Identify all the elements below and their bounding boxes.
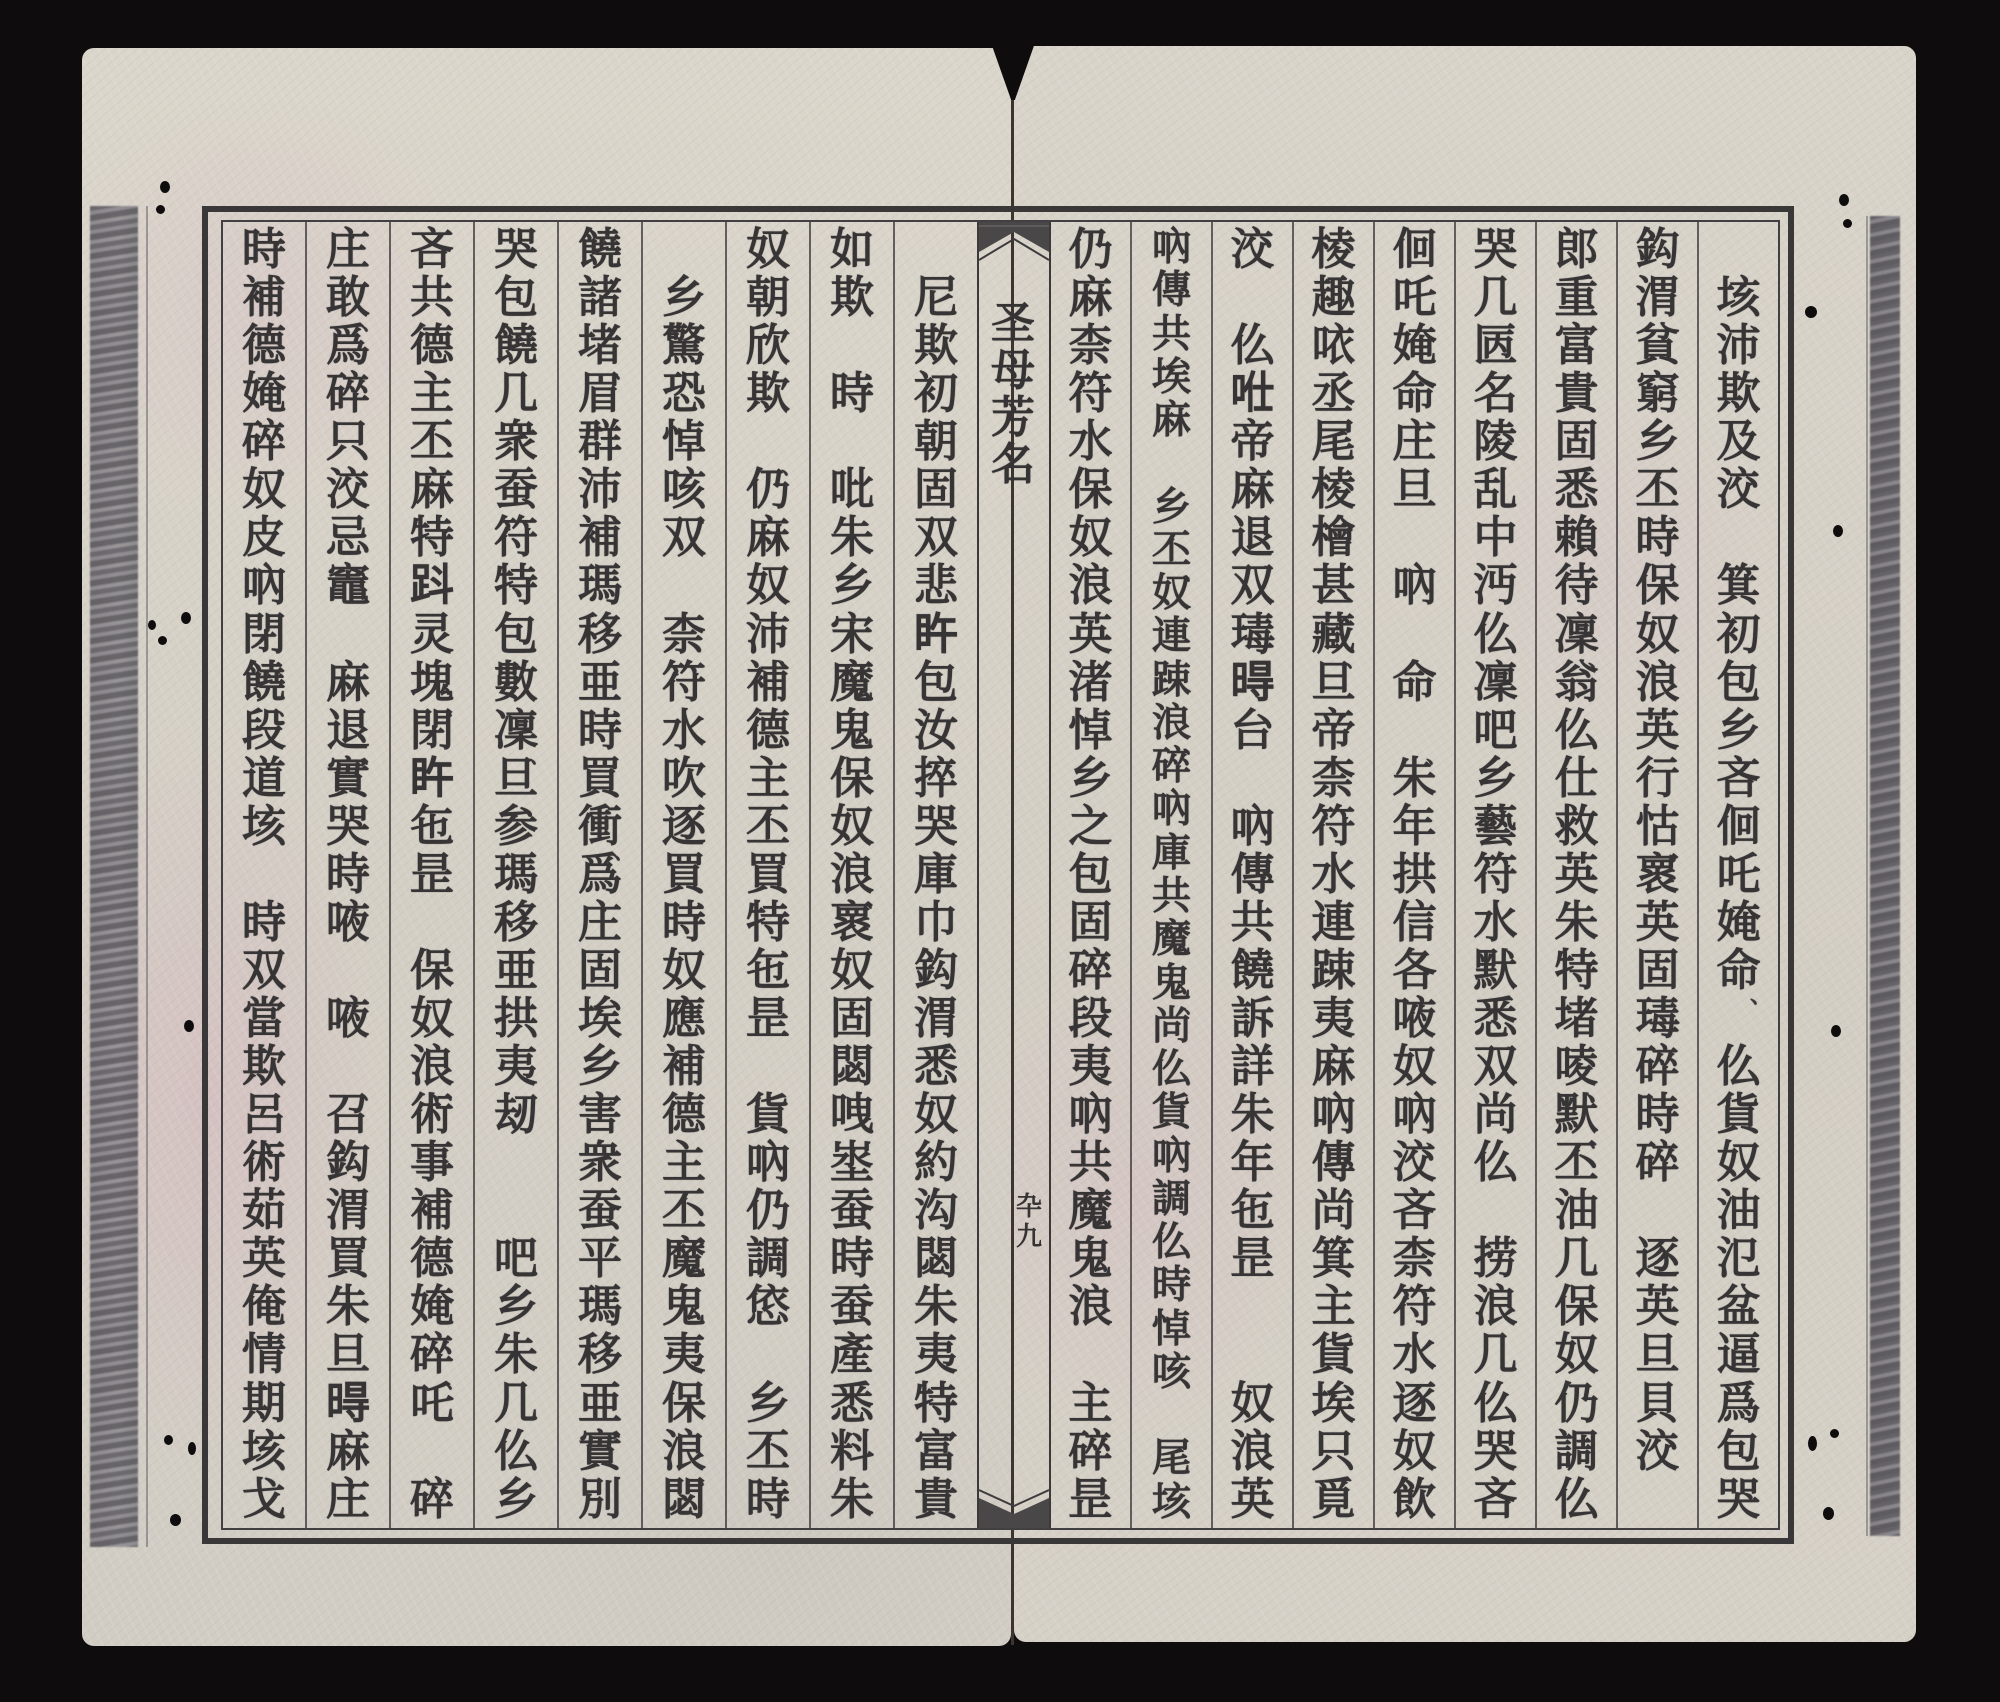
glyph: 命、 <box>1699 947 1778 995</box>
glyph: 恐 <box>643 370 725 418</box>
glyph: 時 <box>727 1476 809 1524</box>
glyph: 覓 <box>1294 1476 1373 1524</box>
glyph: 𥄭 <box>391 755 473 803</box>
glyph: 時 <box>223 226 305 274</box>
glyph: 𠳨 <box>1699 514 1778 562</box>
glyph: 𠳒 <box>1375 611 1454 659</box>
glyph: 包 <box>1699 659 1778 707</box>
glyph: 吶 <box>1213 803 1292 851</box>
glyph: 埃 <box>1132 356 1211 399</box>
glyph: 㐌 <box>727 947 809 995</box>
glyph: 沛 <box>559 466 641 514</box>
glyph: 㐌 <box>1213 1187 1292 1235</box>
glyph: 乡 <box>1051 755 1130 803</box>
glyph: 吒 <box>1699 851 1778 899</box>
ink-smudge-strip-left <box>90 206 138 1547</box>
glyph: 包 <box>895 659 977 707</box>
glyph: 郎 <box>1537 226 1616 274</box>
glyph: 魔 <box>811 659 893 707</box>
glyph: 佪 <box>1375 226 1454 274</box>
glyph: 旦 <box>1375 466 1454 514</box>
glyph: 包 <box>475 274 557 322</box>
text-column: 洨𠳨仫𠱊帝麻退、双瑇𣈜台𠳨吶傳共饒訴詳朱年㐌昰𢬣𡀮奴浪英 <box>1211 222 1292 1528</box>
glyph: 年 <box>1213 1139 1292 1187</box>
glyph: 德 <box>391 1235 473 1283</box>
glyph: 主 <box>391 370 473 418</box>
glyph: 諸 <box>559 274 641 322</box>
glyph: 鈎 <box>895 947 977 995</box>
glyph: 奴 <box>1699 1139 1778 1187</box>
glyph: 庄 <box>559 899 641 947</box>
glyph: 保 <box>1537 1283 1616 1331</box>
glyph: 符 <box>1294 803 1373 851</box>
glyph: 怙、 <box>1618 803 1697 851</box>
glyph: 庄 <box>307 1476 389 1524</box>
glyph: 逐 <box>1375 1380 1454 1428</box>
glyph: 碎、 <box>223 418 305 466</box>
glyph: 㖂 <box>811 1091 893 1139</box>
glyph: 汝 <box>895 707 977 755</box>
glyph: 德 <box>223 322 305 370</box>
glyph: 主 <box>1294 1283 1373 1331</box>
glyph: 碎 <box>307 370 389 418</box>
glyph: 昰 <box>1213 1235 1292 1283</box>
glyph: 㛪 <box>1699 899 1778 947</box>
glyph: 堵 <box>1537 995 1616 1043</box>
glyph: 仕 <box>1537 755 1616 803</box>
glyph: 翁 <box>1537 659 1616 707</box>
glyph: 貝 <box>1618 1380 1697 1428</box>
glyph: 約 <box>895 1139 977 1187</box>
glyph: 夷 <box>643 1331 725 1379</box>
glyph: 仫 <box>1456 1380 1535 1428</box>
glyph: 欣 <box>727 322 809 370</box>
glyph: 魔 <box>1132 918 1211 961</box>
glyph: 趣 <box>1294 274 1373 322</box>
glyph: 洨 <box>1375 1139 1454 1187</box>
glyph: 戈 <box>223 1476 305 1524</box>
glyph: 𠳨 <box>307 611 389 659</box>
glyph: 欺 <box>895 322 977 370</box>
glyph: 𣈜、 <box>307 1380 389 1428</box>
glyph: 浪 <box>1051 1283 1130 1331</box>
glyph: 仍 <box>1537 1380 1616 1428</box>
glyph: 昰 <box>727 995 809 1043</box>
glyph: 術 <box>391 1091 473 1139</box>
glyph: 閟 <box>811 1043 893 1091</box>
glyph: 哭 <box>475 226 557 274</box>
glyph: 乡 <box>1699 707 1778 755</box>
glyph: 退、 <box>307 707 389 755</box>
glyph: 瑪 <box>559 1283 641 1331</box>
text-column: 𥚄乡驚恐悼咳、双𨁪柰符水吹逐買、時奴應補德主丕、魔鬼夷保浪、閟 <box>641 222 725 1528</box>
glyph: 悉 <box>811 1380 893 1428</box>
glyph: 褱 <box>1618 851 1697 899</box>
glyph: 段 <box>223 707 305 755</box>
glyph: 帝 <box>1294 707 1373 755</box>
glyph: 㛪 <box>223 370 305 418</box>
glyph: 眉 <box>559 370 641 418</box>
glyph: 哭 <box>1456 226 1535 274</box>
text-column: 時補德㛪碎、奴皮吶閉饒、段道垓𨀈、時双當欺呂術茹、英俺情期垓戈 <box>223 222 305 1528</box>
glyph: 昰 <box>391 851 473 899</box>
glyph: 共 <box>1051 1139 1130 1187</box>
glyph: 奴 <box>895 1091 977 1139</box>
glyph: 浪、 <box>643 1428 725 1476</box>
ghost-rule-line <box>1866 216 1868 1536</box>
glyph: 只 <box>1294 1428 1373 1476</box>
glyph: 乡 <box>811 562 893 610</box>
glyph: 夷 <box>1294 995 1373 1043</box>
glyph: 吹 <box>643 755 725 803</box>
glyph: 丕 <box>727 803 809 851</box>
glyph: 𠸠 <box>391 899 473 947</box>
glyph: 初 <box>895 370 977 418</box>
glyph: 𨁪 <box>643 562 725 610</box>
glyph: 吶 <box>727 1139 809 1187</box>
glyph: 產 <box>811 1331 893 1379</box>
fishtail-ornament-top-icon <box>979 222 1049 262</box>
glyph: 𥚄 <box>475 1139 557 1187</box>
center-fold-line <box>1012 500 1013 1485</box>
glyph: 貧 <box>1618 322 1697 370</box>
glyph: 吝 <box>391 226 473 274</box>
glyph: 台 <box>1213 707 1292 755</box>
ghost-rule-line <box>146 206 148 1547</box>
glyph: 吶 <box>1375 562 1454 610</box>
glyph: 碎 <box>1132 745 1211 788</box>
glyph: 棱 <box>1294 466 1373 514</box>
glyph: 俺 <box>223 1283 305 1331</box>
glyph: 𠳨 <box>1618 1476 1697 1524</box>
glyph: 吝 <box>1699 755 1778 803</box>
glyph: 年 <box>1375 803 1454 851</box>
glyph: 渚 <box>1051 659 1130 707</box>
glyph: 浪 <box>1456 1283 1535 1331</box>
glyph: 亜 <box>475 947 557 995</box>
glyph: 奴 <box>643 947 725 995</box>
text-column: 饒諸堵、眉群沛補瑪移亜、時買衝、爲庄固埃乡害衆蚕平瑪移亜、實別 <box>557 222 641 1528</box>
glyph: 乡 <box>559 1043 641 1091</box>
binding-hole <box>148 620 156 630</box>
glyph: 固 <box>811 995 893 1043</box>
glyph: 庫 <box>895 851 977 899</box>
glyph: 吶 <box>1051 1091 1130 1139</box>
glyph: 乡 <box>475 1476 557 1524</box>
glyph: 吶 <box>223 562 305 610</box>
glyph: 垓 <box>223 803 305 851</box>
glyph: 爲 <box>1699 1380 1778 1428</box>
page-number: 卆九 <box>1014 1192 1044 1252</box>
glyph: 蚕、 <box>811 1187 893 1235</box>
glyph: 㖡 <box>307 899 389 947</box>
glyph: 𠱊 <box>1213 370 1292 418</box>
glyph: 吧 <box>1456 707 1535 755</box>
glyph: 奴 <box>1537 1331 1616 1379</box>
glyph: 𢪀、 <box>1375 707 1454 755</box>
glyph: 油 <box>1699 1187 1778 1235</box>
glyph: 連 <box>1294 899 1373 947</box>
glyph: 鬼、 <box>1132 962 1211 1005</box>
glyph: 衝、 <box>559 803 641 851</box>
glyph: 麻 <box>307 659 389 707</box>
text-column: 奴朝欣欺𦓡、仍麻奴沛補德主丕買特、㐌昰𠸠貨吶仍調㥋𨖲乡丕、時 <box>725 222 809 1528</box>
glyph: 包 <box>1051 851 1130 899</box>
glyph: 几 <box>475 1380 557 1428</box>
glyph: 垓 <box>223 1428 305 1476</box>
glyph: 固 <box>1618 947 1697 995</box>
glyph: 庄 <box>307 226 389 274</box>
glyph: 丕、 <box>1618 466 1697 514</box>
text-column: 哭几㔷名陵乱中沔仫凜、吧乡藝符水默悉、双尚仫𨁪捞浪几仫哭吝 <box>1454 222 1535 1528</box>
glyph: 當 <box>223 995 305 1043</box>
glyph: 奴 <box>223 466 305 514</box>
glyph: 衆 <box>559 1139 641 1187</box>
glyph: 饒 <box>1213 947 1292 995</box>
glyph: 閉 <box>391 707 473 755</box>
glyph: 洨 <box>1213 226 1292 274</box>
glyph: 保 <box>391 947 473 995</box>
glyph: 符 <box>1051 370 1130 418</box>
glyph: 悉 <box>895 1043 977 1091</box>
glyph: 閉 <box>223 611 305 659</box>
glyph: 双 <box>1213 562 1292 610</box>
glyph: 油 <box>1537 1187 1616 1235</box>
glyph: 應 <box>643 995 725 1043</box>
glyph: 𥚄 <box>643 226 725 274</box>
glyph: 固 <box>559 947 641 995</box>
glyph: 鈎 <box>307 1139 389 1187</box>
glyph: 特 <box>895 1380 977 1428</box>
glyph: 竈 <box>307 562 389 610</box>
glyph: 㥋 <box>727 1283 809 1331</box>
glyph: 水 <box>1294 851 1373 899</box>
glyph: 麻 <box>727 514 809 562</box>
glyph: 吒 <box>391 1380 473 1428</box>
glyph: 保 <box>811 755 893 803</box>
glyph: 麻 <box>1051 274 1130 322</box>
glyph: 時 <box>307 851 389 899</box>
glyph: 時 <box>811 1235 893 1283</box>
text-column: 仍麻柰符水保奴浪英渚悼乡之包固碎段夷吶共魔鬼浪𤁕主碎昰 <box>1051 222 1130 1528</box>
glyph: 命 <box>1375 659 1454 707</box>
glyph: 柰 <box>1051 322 1130 370</box>
glyph: 訴 <box>1213 995 1292 1043</box>
glyph: 朱 <box>895 1283 977 1331</box>
glyph: 英 <box>1537 851 1616 899</box>
text-column: 吶傳共埃麻𨖲乡丕、奴連踈浪、碎吶庫共魔鬼、尚仫貨吶調仫、時悼咳𦓿尾垓 <box>1130 222 1211 1528</box>
glyph: 時 <box>1132 1264 1211 1307</box>
glyph: 吶、 <box>1375 1091 1454 1139</box>
glyph: 尼 <box>895 274 977 322</box>
glyph: 丕 <box>391 418 473 466</box>
glyph: 保 <box>1618 562 1697 610</box>
glyph: 几 <box>1456 1331 1535 1379</box>
binding-hole <box>1833 525 1843 537</box>
glyph: 吶 <box>1132 226 1211 269</box>
glyph: 奴 <box>727 562 809 610</box>
glyph: 洨 <box>1618 1428 1697 1476</box>
glyph: 尾 <box>1132 1437 1211 1480</box>
binding-hole <box>1830 1429 1839 1438</box>
glyph: 𠸠 <box>895 226 977 274</box>
glyph: 昰 <box>1051 1476 1130 1524</box>
glyph: 水 <box>643 707 725 755</box>
glyph: 㛪 <box>391 1283 473 1331</box>
glyph: 時 <box>1618 514 1697 562</box>
glyph: 仍 <box>727 1187 809 1235</box>
glyph: 洨 <box>307 466 389 514</box>
glyph: 固 <box>895 466 977 514</box>
text-column: 佪吒㛪命、庄旦𩯀吶𠳒命𢪀、朱年拱信各㖡奴吶、洨吝柰符水逐奴飲 <box>1373 222 1454 1528</box>
glyph: 褱 <box>811 899 893 947</box>
glyph: 旦 <box>1618 1331 1697 1379</box>
glyph: 夷 <box>895 1331 977 1379</box>
glyph: 命、 <box>1375 370 1454 418</box>
glyph: 麻 <box>307 1428 389 1476</box>
binding-hole <box>1839 194 1849 206</box>
glyph: 貨 <box>1294 1331 1373 1379</box>
glyph: 夷 <box>1051 1043 1130 1091</box>
binding-hole <box>1831 1025 1841 1037</box>
glyph: 數 <box>475 659 557 707</box>
glyph: 𩈘、 <box>307 1043 389 1091</box>
glyph: 柰 <box>1294 755 1373 803</box>
glyph: 踈 <box>1294 947 1373 995</box>
right-page-text: 𢚸垓、沛欺及洨𠳨箕初包乡吝佪吒㛪命、𠳨仫貨奴油氾盆逼爲包哭 鈎渭貧窮乡丕、時保奴… <box>1051 222 1778 1528</box>
glyph: 忌 <box>307 514 389 562</box>
glyph: 蚕 <box>811 1283 893 1331</box>
text-column: 如欺𦓡、時𠳨吡朱乡宋魔鬼保奴浪、褱奴固閟㖂埊蚕、時蚕產悉料朱 <box>809 222 893 1528</box>
glyph: 奴 <box>391 995 473 1043</box>
glyph: 哭 <box>1699 1476 1778 1524</box>
glyph: 英 <box>1213 1476 1292 1524</box>
glyph: 奴 <box>1375 1428 1454 1476</box>
glyph: 事 <box>391 1139 473 1187</box>
glyph: 名 <box>1456 370 1535 418</box>
glyph: 朱 <box>1213 1091 1292 1139</box>
glyph: 𨀈、 <box>223 851 305 899</box>
glyph: 旦 <box>307 1331 389 1379</box>
glyph: 堵、 <box>559 322 641 370</box>
glyph: 夷 <box>475 1043 557 1091</box>
glyph: 麻 <box>1294 1043 1373 1091</box>
glyph: 刼 <box>475 1091 557 1139</box>
glyph: 𨖲 <box>727 1331 809 1379</box>
glyph: 仫 <box>1132 1048 1211 1091</box>
glyph: 情 <box>223 1331 305 1379</box>
glyph: 㖫 <box>1537 1043 1616 1091</box>
glyph: 信 <box>1375 899 1454 947</box>
glyph: 拱 <box>475 995 557 1043</box>
glyph: 仫、 <box>1132 1221 1211 1264</box>
glyph: 召 <box>307 1091 389 1139</box>
glyph: 尚 <box>1456 1091 1535 1139</box>
glyph: 道 <box>223 755 305 803</box>
binding-hole <box>160 181 170 193</box>
glyph: 凜、 <box>1537 611 1616 659</box>
glyph: 貨 <box>727 1091 809 1139</box>
glyph: 仍 <box>1051 226 1130 274</box>
glyph: 丕、 <box>1132 529 1211 572</box>
glyph: 仫 <box>1537 707 1616 755</box>
glyph: 蚕 <box>475 466 557 514</box>
glyph: 𡨧 <box>1618 1187 1697 1235</box>
glyph: 捞 <box>1456 1235 1535 1283</box>
glyph: 傳 <box>1213 851 1292 899</box>
glyph: 逼 <box>1699 1331 1778 1379</box>
glyph: 渭 <box>307 1187 389 1235</box>
glyph: 㛪 <box>1375 322 1454 370</box>
glyph: 𦓿 <box>1132 1394 1211 1437</box>
glyph: 仫 <box>1456 611 1535 659</box>
glyph: 富 <box>1537 322 1616 370</box>
left-page-text: 𠸠尼欺初朝固双悲𥄭包汝捽哭庫巾鈎渭、悉奴約沟閟朱夷特富貴 如欺𦓡、時𠳨吡朱乡宋魔… <box>223 222 977 1528</box>
glyph: 𢚸 <box>1699 226 1778 274</box>
glyph: 垓、 <box>1699 274 1778 322</box>
glyph: 重 <box>1537 274 1616 322</box>
glyph: 害 <box>559 1091 641 1139</box>
glyph: 爲 <box>559 851 641 899</box>
glyph: 佪 <box>1699 803 1778 851</box>
glyph: 皮 <box>223 514 305 562</box>
glyph: 丕、 <box>727 1428 809 1476</box>
glyph: 欺 <box>1699 370 1778 418</box>
glyph: 㖡 <box>1375 995 1454 1043</box>
glyph: 魔 <box>1051 1187 1130 1235</box>
glyph: 奴 <box>811 947 893 995</box>
glyph: 朝 <box>895 418 977 466</box>
glyph: 麻 <box>391 466 473 514</box>
glyph: 棱 <box>1294 226 1373 274</box>
glyph: 調 <box>727 1235 809 1283</box>
glyph: 調 <box>1537 1428 1616 1476</box>
glyph: 𧿫 <box>391 562 473 610</box>
glyph: 飲 <box>1375 1476 1454 1524</box>
glyph: 買 <box>559 755 641 803</box>
glyph: 灵 <box>391 611 473 659</box>
glyph: 包 <box>1699 1428 1778 1476</box>
glyph: 埃 <box>1294 1380 1373 1428</box>
glyph: 時 <box>811 370 893 418</box>
glyph: 沛 <box>727 611 809 659</box>
glyph: 双 <box>895 514 977 562</box>
glyph: 行 <box>1618 755 1697 803</box>
glyph: 宋 <box>811 611 893 659</box>
glyph: 奴 <box>1375 1043 1454 1091</box>
text-column: 棱趣𠲖丞尾棱檜甚藏、旦帝柰符水連踈夷麻吶傳、尚箕主貨埃只覓 <box>1292 222 1373 1528</box>
glyph: 符 <box>1375 1283 1454 1331</box>
glyph: 𦤾 <box>307 947 389 995</box>
glyph: 仫 <box>1456 1139 1535 1187</box>
text-column: 庄敢、爲碎只洨忌竈𠳨麻退、實哭時㖡𦤾㖡𩈘、召鈎渭買朱旦𣈜、麻庄 <box>305 222 389 1528</box>
glyph: 之 <box>1051 803 1130 851</box>
glyph: 悼 <box>643 418 725 466</box>
glyph: 垓 <box>1132 1481 1211 1524</box>
glyph: 奴 <box>811 803 893 851</box>
glyph: 貴 <box>1537 370 1616 418</box>
glyph: 閟 <box>643 1476 725 1524</box>
glyph: 仫 <box>1213 322 1292 370</box>
glyph: 補 <box>727 659 809 707</box>
text-column: 郎重富貴固悉賴待凜、翁仫仕救英朱特堵㖫默、丕油几保奴仍調仫 <box>1535 222 1616 1528</box>
glyph: 主 <box>643 1139 725 1187</box>
glyph: 几 <box>1456 274 1535 322</box>
glyph: 甚 <box>1294 562 1373 610</box>
glyph: 旦 <box>475 755 557 803</box>
glyph: 英 <box>1618 1283 1697 1331</box>
glyph: 只 <box>307 418 389 466</box>
